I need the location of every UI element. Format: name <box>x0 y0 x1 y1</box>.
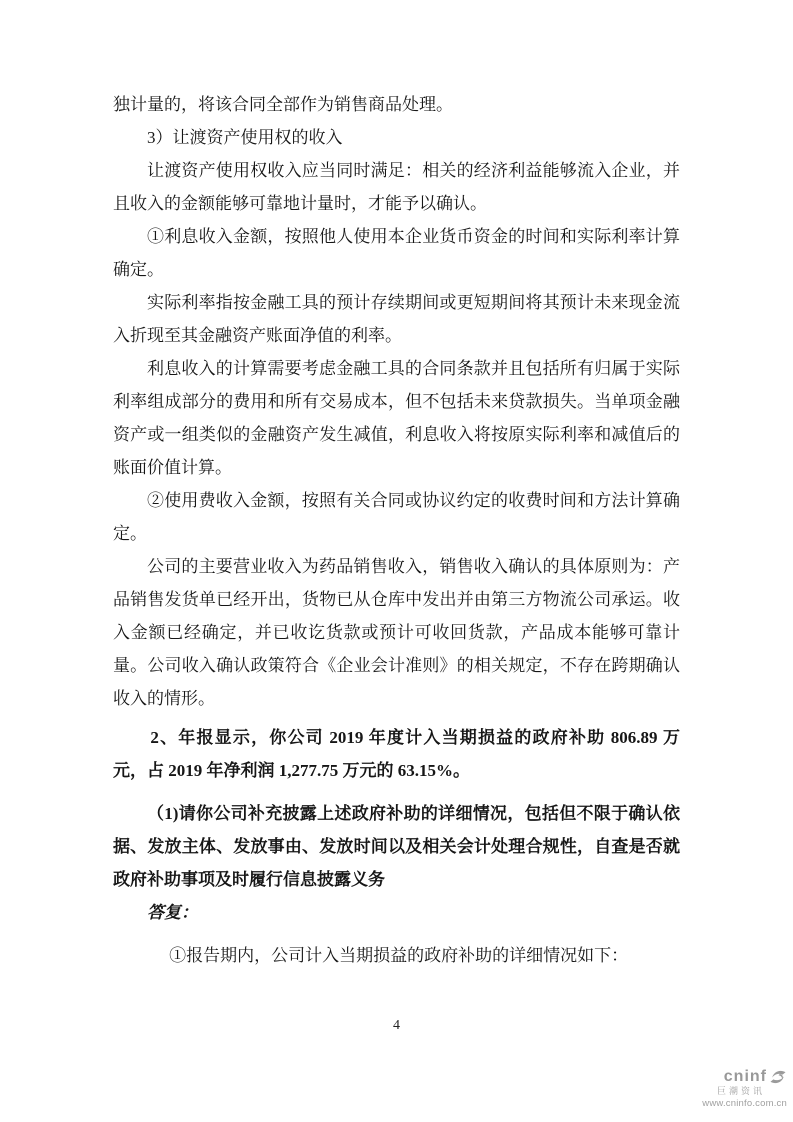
body-paragraph: 公司的主要营业收入为药品销售收入，销售收入确认的具体原则为：产品销售发货单已经开… <box>113 550 680 715</box>
cninfo-logo-row: cninf <box>677 1068 787 1086</box>
body-paragraph: 让渡资产使用权收入应当同时满足：相关的经济利益能够流入企业，并且收入的金额能够可… <box>113 154 680 220</box>
cninfo-chinese-name: 巨潮资讯 <box>677 1087 787 1097</box>
reply-intro-paragraph: ①报告期内，公司计入当期损益的政府补助的详细情况如下： <box>113 939 680 972</box>
cninfo-swirl-icon <box>769 1068 787 1086</box>
body-paragraph: 利息收入的计算需要考虑金融工具的合同条款并且包括所有归属于实际利率组成部分的费用… <box>113 352 680 484</box>
reply-label: 答复： <box>113 896 680 929</box>
body-paragraph: 3）让渡资产使用权的收入 <box>113 121 680 154</box>
document-page: 独计量的，将该合同全部作为销售商品处理。 3）让渡资产使用权的收入 让渡资产使用… <box>0 0 793 1122</box>
document-body: 独计量的，将该合同全部作为销售商品处理。 3）让渡资产使用权的收入 让渡资产使用… <box>113 88 680 972</box>
cninfo-url: www.cninfo.com.cn <box>677 1099 787 1109</box>
inquiry-item-heading: 2、年报显示，你公司 2019 年度计入当期损益的政府补助 806.89 万元，… <box>113 721 680 787</box>
inquiry-question: （1)请你公司补充披露上述政府补助的详细情况，包括但不限于确认依据、发放主体、发… <box>113 797 680 896</box>
body-paragraph: ②使用费收入金额，按照有关合同或协议约定的收费时间和方法计算确定。 <box>113 484 680 550</box>
body-paragraph: 实际利率指按金融工具的预计存续期间或更短期间将其预计未来现金流入折现至其金融资产… <box>113 286 680 352</box>
page-number: 4 <box>0 1018 793 1034</box>
body-paragraph: 独计量的，将该合同全部作为销售商品处理。 <box>113 88 680 121</box>
cninfo-brand-text: cninf <box>724 1068 767 1086</box>
body-paragraph: ①利息收入金额，按照他人使用本企业货币资金的时间和实际利率计算确定。 <box>113 220 680 286</box>
cninfo-logo: cninf 巨潮资讯 www.cninfo.com.cn <box>677 1068 787 1109</box>
